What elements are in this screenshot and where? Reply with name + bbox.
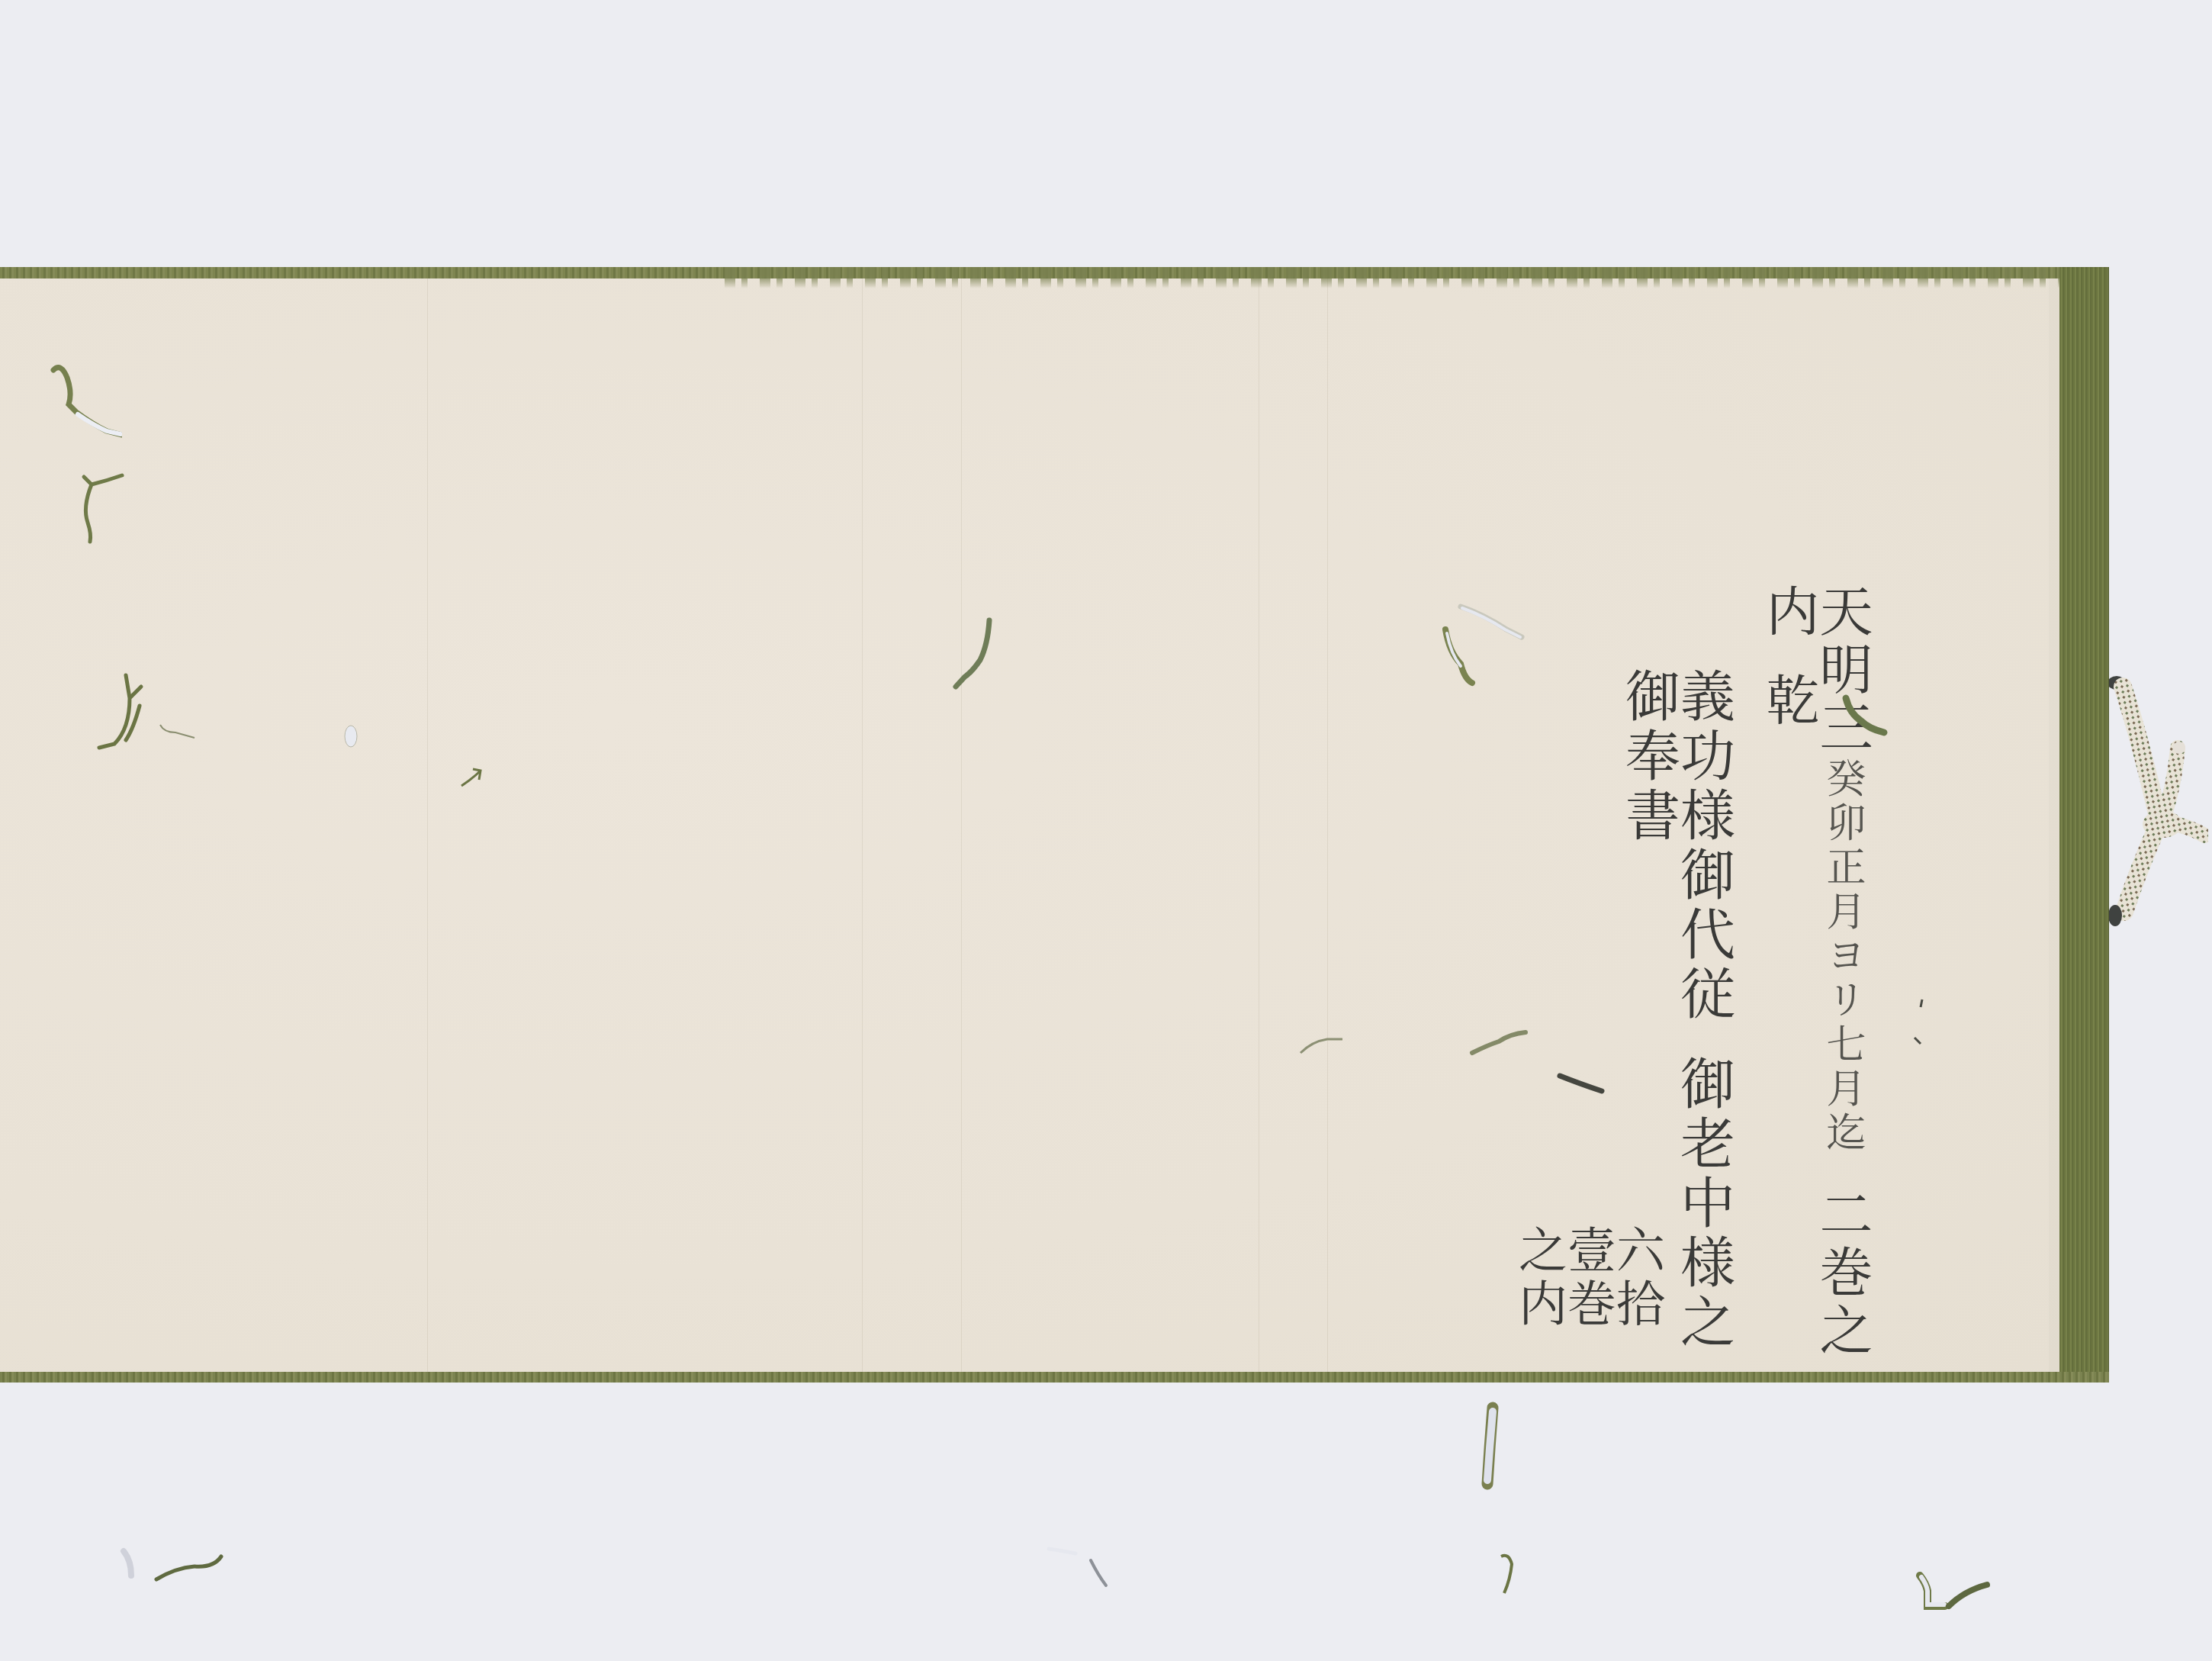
frayed-top-edge <box>725 267 2059 288</box>
wormhole-damage-icon <box>339 721 362 752</box>
scroll-paper: 天明三癸卯正月ヨリ七月迄二巻之内乾 義功様御代従御老中様之御奉書 六拾壹巻之内 <box>0 278 2059 1372</box>
period: 正月ヨリ七月迄 <box>1819 846 1865 1156</box>
wormhole-damage-icon <box>458 763 488 793</box>
wormhole-damage-icon <box>95 668 164 759</box>
scroll-bottom-border <box>0 1372 2109 1383</box>
braided-tie-cord-icon[interactable] <box>2109 675 2208 927</box>
text-column-series: 六拾壹巻之内 <box>1514 1225 1661 1372</box>
wormhole-damage-icon <box>950 614 995 698</box>
paper-ruling-line <box>862 278 863 1372</box>
paper-ruling-line <box>1259 278 1259 1372</box>
wormhole-damage-icon <box>1464 1019 1617 1110</box>
series-number: 六拾壹巻之内 <box>1510 1225 1664 1331</box>
lord-name: 義功様御代従 <box>1671 668 1735 1025</box>
wormhole-damage-icon <box>1438 599 1545 698</box>
wormhole-damage-icon <box>156 721 202 744</box>
wormhole-damage-icon <box>1297 1030 1350 1061</box>
paper-ruling-line <box>961 278 962 1372</box>
volume-name: 乾 <box>1757 672 1820 730</box>
wormhole-damage-icon <box>1045 1541 1137 1602</box>
wormhole-damage-icon <box>1911 1568 1995 1621</box>
paper-ruling-line <box>427 278 428 1372</box>
wormhole-damage-icon <box>1838 690 1892 744</box>
zodiac-year: 癸卯 <box>1819 758 1865 846</box>
wormhole-damage-icon <box>76 462 137 553</box>
handscroll: 天明三癸卯正月ヨリ七月迄二巻之内乾 義功様御代従御老中様之御奉書 六拾壹巻之内 <box>0 267 2109 1383</box>
wormhole-damage-icon <box>31 347 122 454</box>
wormhole-damage-icon <box>114 1545 236 1591</box>
wormhole-damage-icon <box>1476 1400 1506 1499</box>
green-cloth-cover-strip <box>2059 267 2109 1383</box>
wormhole-damage-icon <box>1495 1549 1526 1602</box>
paper-ruling-line <box>1327 278 1328 1372</box>
wormhole-damage-icon <box>1907 992 1930 1053</box>
